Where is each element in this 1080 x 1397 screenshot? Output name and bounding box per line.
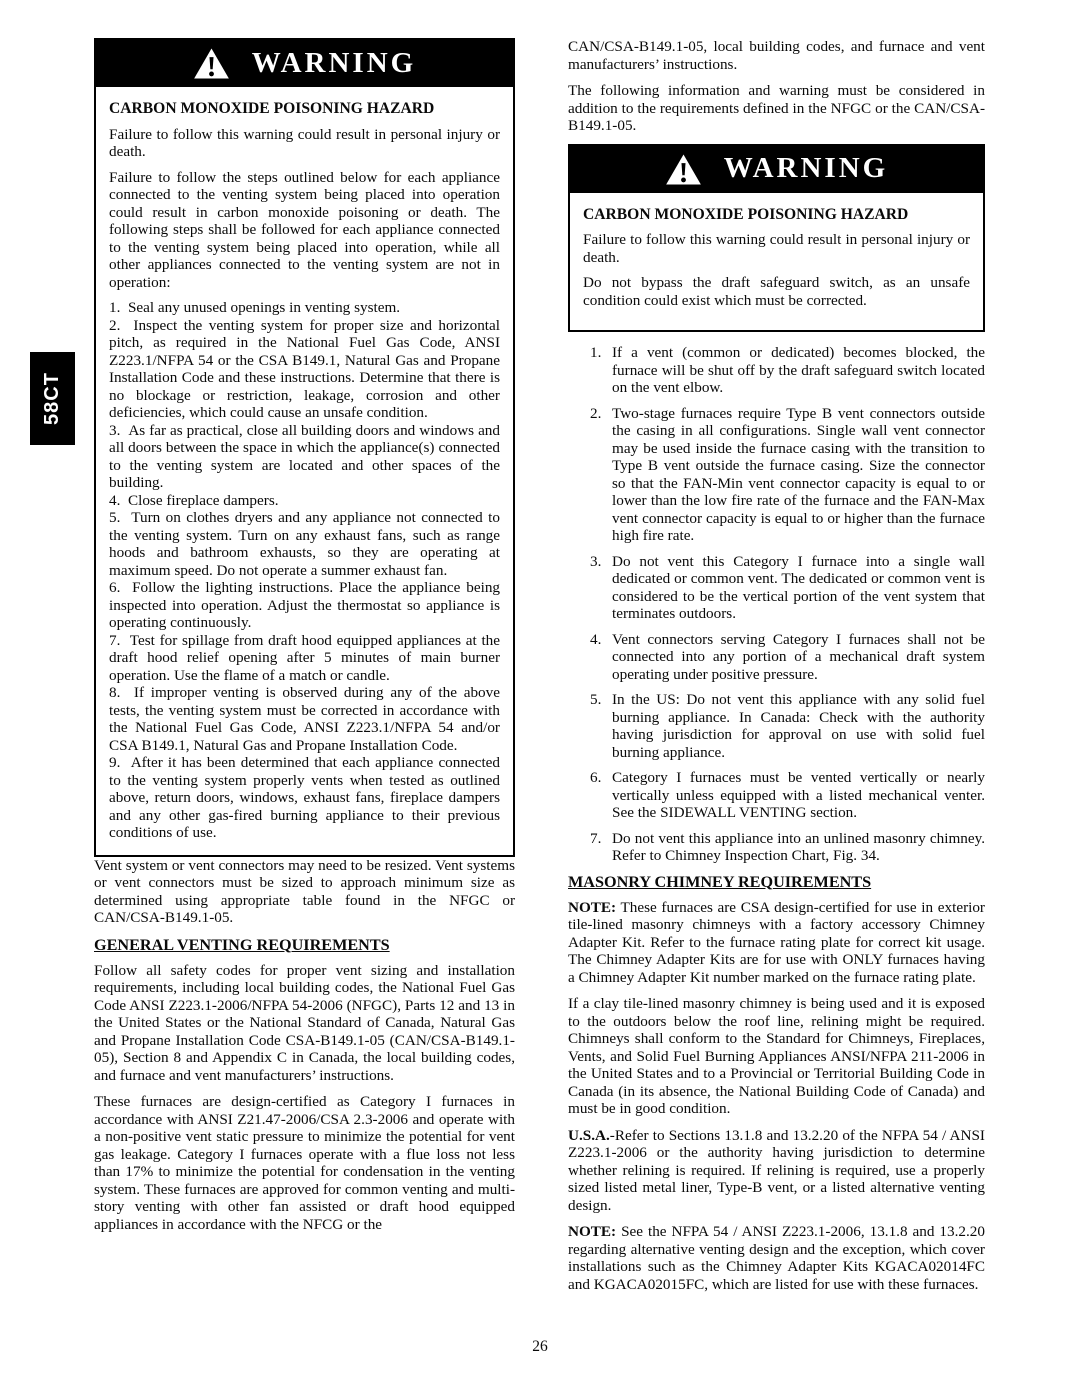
paragraph-design-certified: These furnaces are design-certified as C… xyxy=(94,1093,515,1233)
list-item: Category I furnaces must be vented verti… xyxy=(612,769,985,822)
list-item: Inspect the venting system for proper si… xyxy=(109,317,500,422)
list-item: If a vent (common or dedicated) becomes … xyxy=(612,344,985,397)
usa-label: U.S.A. xyxy=(568,1127,610,1144)
warning-paragraph: Failure to follow the steps outlined bel… xyxy=(109,169,500,292)
right-column: CAN/CSA-B149.1-05, local building codes,… xyxy=(568,38,985,1302)
section-heading-masonry-chimney: MASONRY CHIMNEY REQUIREMENTS xyxy=(568,873,985,892)
page-number: 26 xyxy=(0,1338,1080,1356)
list-item: In the US: Do not vent this appliance wi… xyxy=(612,691,985,761)
list-item: Do not vent this Category I furnace into… xyxy=(612,553,985,623)
paragraph-follow-codes: Follow all safety codes for proper vent … xyxy=(94,962,515,1085)
warning-paragraph: Failure to follow this warning could res… xyxy=(109,126,500,161)
note-label: NOTE: xyxy=(568,899,616,916)
warning-banner-right: WARNING xyxy=(570,146,983,193)
note-label: NOTE: xyxy=(568,1223,616,1240)
warning-banner-left: WARNING xyxy=(96,40,513,87)
list-item: Seal any unused openings in venting syst… xyxy=(109,299,500,317)
list-item: Turn on clothes dryers and any appliance… xyxy=(109,509,500,579)
list-item: Two-stage furnaces require Type B vent c… xyxy=(612,405,985,545)
paragraph-continuation: CAN/CSA-B149.1-05, local building codes,… xyxy=(568,38,985,73)
venting-steps-list: Seal any unused openings in venting syst… xyxy=(109,299,500,842)
document-page: 58CT WARNING CARBON MONOXIDE POISONING H… xyxy=(0,0,1080,1397)
list-item: After it has been determined that each a… xyxy=(109,754,500,842)
list-item: Close fireplace dampers. xyxy=(109,492,500,510)
warning-triangle-icon xyxy=(193,47,230,80)
paragraph-note-2: NOTE: See the NFPA 54 / ANSI Z223.1-2006… xyxy=(568,1223,985,1293)
warning-title: WARNING xyxy=(724,160,888,178)
paragraph-note-1: NOTE: These furnaces are CSA design-cert… xyxy=(568,899,985,987)
list-item: Test for spillage from draft hood equipp… xyxy=(109,632,500,685)
left-column: WARNING CARBON MONOXIDE POISONING HAZARD… xyxy=(94,38,515,1302)
vent-requirements-list: If a vent (common or dedicated) becomes … xyxy=(568,344,985,865)
note-text: See the NFPA 54 / ANSI Z223.1-2006, 13.1… xyxy=(568,1223,985,1293)
list-item: If improper venting is observed during a… xyxy=(109,684,500,754)
warning-box-left-body: CARBON MONOXIDE POISONING HAZARD Failure… xyxy=(96,87,513,855)
paragraph-usa: U.S.A.-Refer to Sections 13.1.8 and 13.2… xyxy=(568,1127,985,1215)
warning-title: WARNING xyxy=(252,55,416,73)
hazard-heading-right: CARBON MONOXIDE POISONING HAZARD xyxy=(583,206,970,224)
list-item: Do not vent this appliance into an unlin… xyxy=(612,830,985,865)
paragraph-vent-resize: Vent system or vent connectors may need … xyxy=(94,857,515,927)
warning-box-left: WARNING CARBON MONOXIDE POISONING HAZARD… xyxy=(94,38,515,857)
warning-box-right: WARNING CARBON MONOXIDE POISONING HAZARD… xyxy=(568,144,985,333)
warning-paragraph: Failure to follow this warning could res… xyxy=(583,231,970,266)
paragraph-following-info: The following information and warning mu… xyxy=(568,82,985,135)
list-item: As far as practical, close all building … xyxy=(109,422,500,492)
warning-triangle-icon xyxy=(665,153,702,186)
page-content: WARNING CARBON MONOXIDE POISONING HAZARD… xyxy=(94,38,985,1302)
note-text: These furnaces are CSA design-certified … xyxy=(568,899,985,986)
list-item: Follow the lighting instructions. Place … xyxy=(109,579,500,632)
warning-box-right-body: CARBON MONOXIDE POISONING HAZARD Failure… xyxy=(570,193,983,331)
hazard-heading-left: CARBON MONOXIDE POISONING HAZARD xyxy=(109,100,500,118)
usa-text: -Refer to Sections 13.1.8 and 13.2.20 of… xyxy=(568,1127,985,1214)
list-item: Vent connectors serving Category I furna… xyxy=(612,631,985,684)
warning-paragraph: Do not bypass the draft safeguard switch… xyxy=(583,274,970,309)
model-side-tab: 58CT xyxy=(30,352,75,445)
section-heading-general-venting: GENERAL VENTING REQUIREMENTS xyxy=(94,936,515,955)
model-side-tab-label: 58CT xyxy=(41,372,64,425)
paragraph-clay-chimney: If a clay tile-lined masonry chimney is … xyxy=(568,995,985,1118)
